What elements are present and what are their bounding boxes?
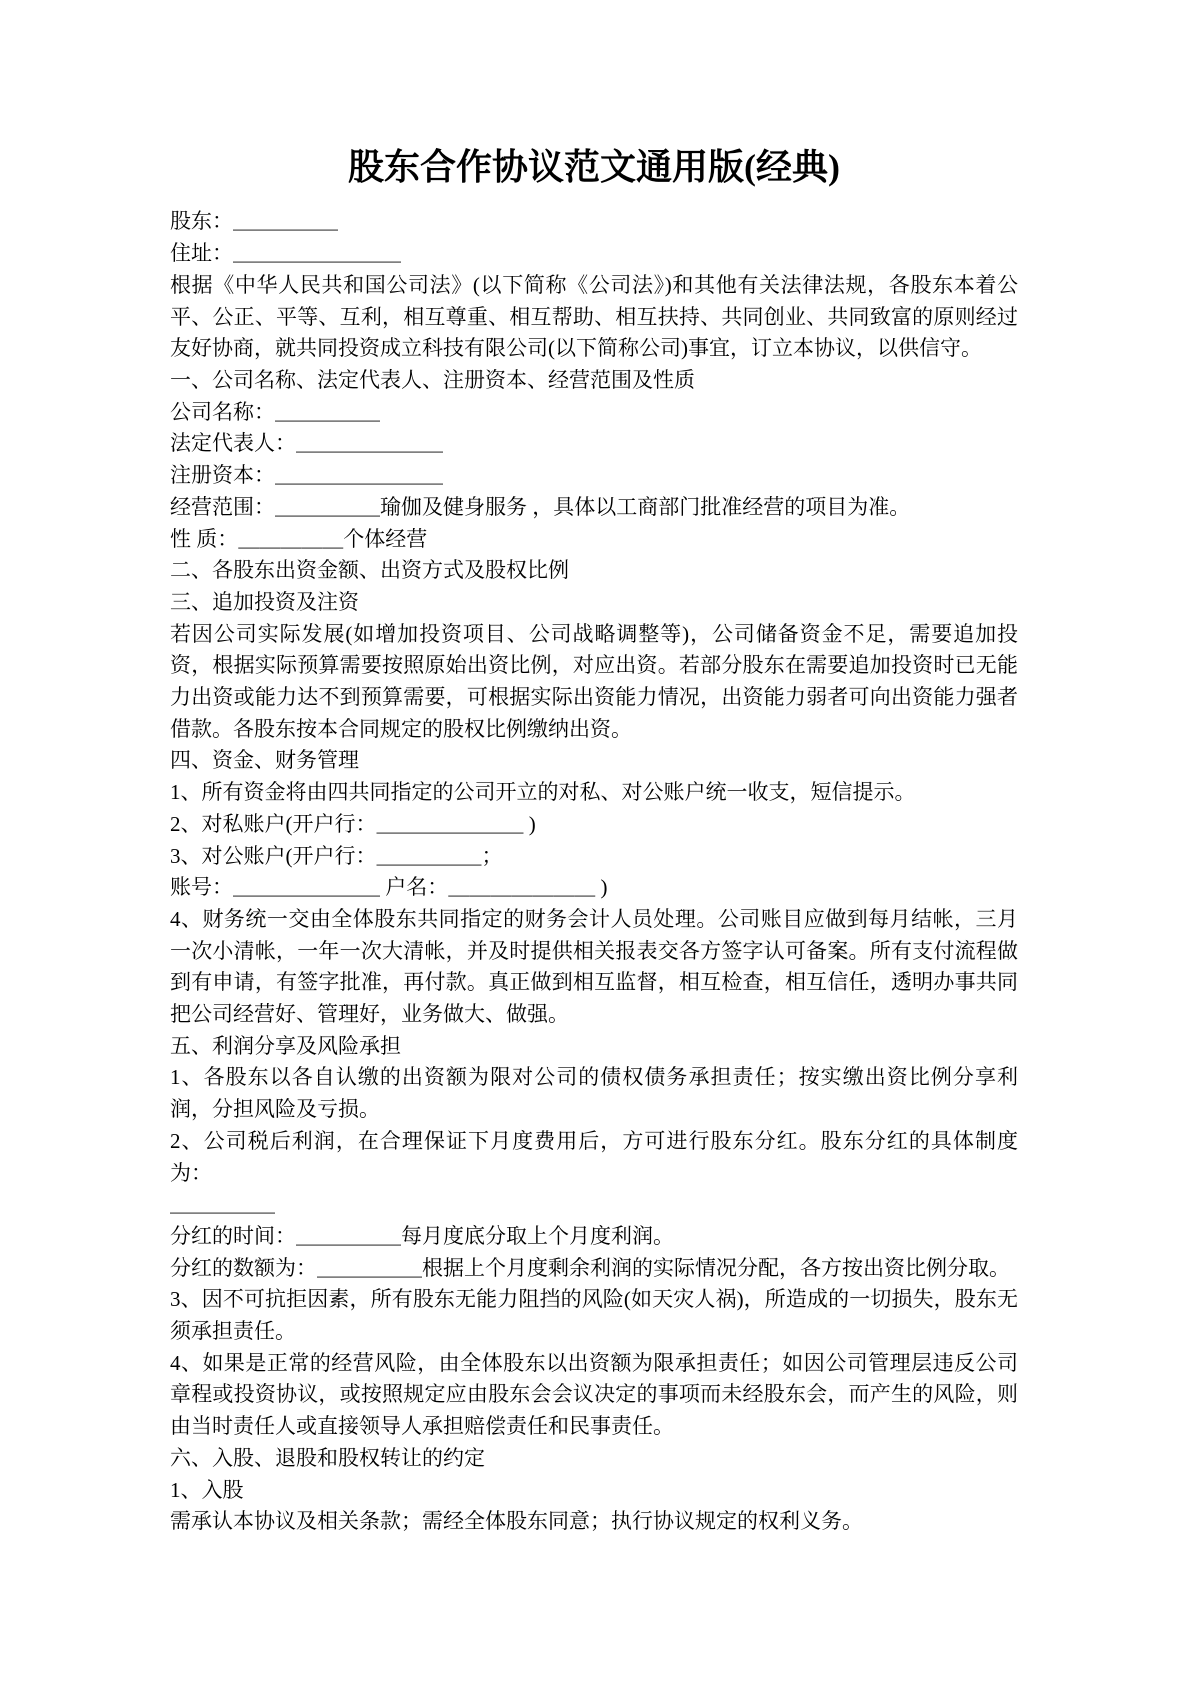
doc-line-field: 2、对私账户(开户行：＿＿＿＿＿＿＿ ) <box>170 809 1018 841</box>
doc-line-heading: 三、追加投资及注资 <box>170 587 1018 619</box>
doc-line-field: 股东：＿＿＿＿＿ <box>170 206 1018 238</box>
doc-line-heading: 二、各股东出资金额、出资方式及股权比例 <box>170 555 1018 587</box>
document-page: 股东合作协议范文通用版(经典) 股东：＿＿＿＿＿住址：＿＿＿＿＿＿＿＿根据《中华… <box>0 0 1190 1683</box>
doc-line-heading: 六、入股、退股和股权转让的约定 <box>170 1443 1018 1475</box>
doc-line-field: 注册资本：＿＿＿＿＿＿＿＿ <box>170 460 1018 492</box>
doc-line-paragraph: 3、因不可抗拒因素，所有股东无能力阻挡的风险(如天灾人祸)，所造成的一切损失，股… <box>170 1284 1018 1347</box>
doc-line-paragraph: 需承认本协议及相关条款；需经全体股东同意；执行协议规定的权利义务。 <box>170 1506 1018 1538</box>
doc-line-paragraph: 1、各股东以各自认缴的出资额为限对公司的债权债务承担责任；按实缴出资比例分享利润… <box>170 1062 1018 1125</box>
doc-line-field: 分红的时间：＿＿＿＿＿每月度底分取上个月度利润。 <box>170 1221 1018 1253</box>
doc-line-heading: 一、公司名称、法定代表人、注册资本、经营范围及性质 <box>170 365 1018 397</box>
doc-line-paragraph: 根据《中华人民共和国公司法》(以下简称《公司法》)和其他有关法律法规，各股东本着… <box>170 270 1018 365</box>
document-body: 股东：＿＿＿＿＿住址：＿＿＿＿＿＿＿＿根据《中华人民共和国公司法》(以下简称《公… <box>170 206 1018 1538</box>
doc-line-paragraph: 4、财务统一交由全体股东共同指定的财务会计人员处理。公司账目应做到每月结帐，三月… <box>170 904 1018 1031</box>
doc-line-paragraph: 4、如果是正常的经营风险，由全体股东以出资额为限承担责任；如因公司管理层违反公司… <box>170 1348 1018 1443</box>
doc-line-heading: 五、利润分享及风险承担 <box>170 1031 1018 1063</box>
page-title: 股东合作协议范文通用版(经典) <box>170 0 1018 188</box>
doc-line-heading: 1、入股 <box>170 1475 1018 1507</box>
doc-line-field: 法定代表人：＿＿＿＿＿＿＿ <box>170 428 1018 460</box>
doc-line-field: ＿＿＿＿＿ <box>170 1189 1018 1221</box>
doc-line-field: 性 质：＿＿＿＿＿个体经营 <box>170 524 1018 556</box>
doc-line-paragraph: 1、所有资金将由四共同指定的公司开立的对私、对公账户统一收支，短信提示。 <box>170 777 1018 809</box>
doc-line-field: 住址：＿＿＿＿＿＿＿＿ <box>170 238 1018 270</box>
doc-line-heading: 四、资金、财务管理 <box>170 745 1018 777</box>
doc-line-field: 分红的数额为：＿＿＿＿＿根据上个月度剩余利润的实际情况分配，各方按出资比例分取。 <box>170 1253 1018 1285</box>
doc-line-field: 公司名称：＿＿＿＿＿ <box>170 397 1018 429</box>
doc-line-paragraph: 若因公司实际发展(如增加投资项目、公司战略调整等)，公司储备资金不足，需要追加投… <box>170 619 1018 746</box>
doc-line-paragraph: 2、公司税后利润，在合理保证下月度费用后，方可进行股东分红。股东分红的具体制度为… <box>170 1126 1018 1189</box>
doc-line-field: 经营范围：＿＿＿＿＿瑜伽及健身服务 ，具体以工商部门批准经营的项目为准。 <box>170 492 1018 524</box>
doc-line-field: 3、对公账户(开户行：＿＿＿＿＿； <box>170 841 1018 873</box>
doc-line-field: 账号：＿＿＿＿＿＿＿ 户名：＿＿＿＿＿＿＿ ) <box>170 872 1018 904</box>
